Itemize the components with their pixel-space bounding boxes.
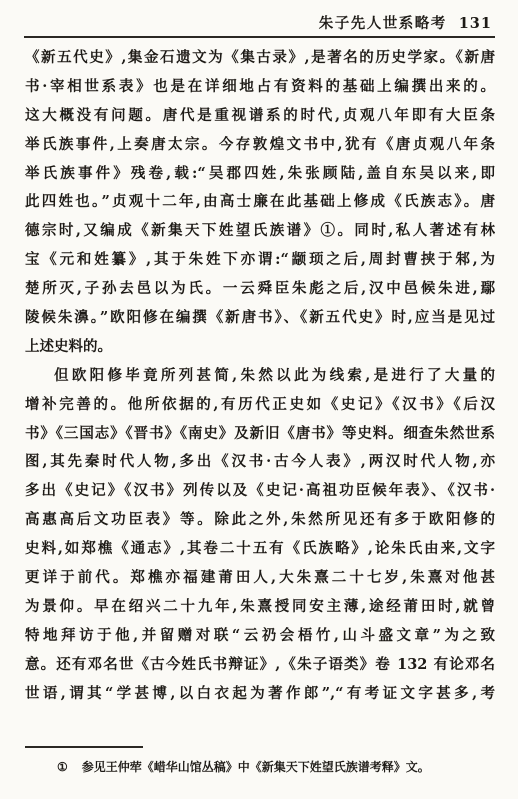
- text-line: 高惠高后文功臣表》等。除此之外,朱然所见还有多于欧阳修的: [25, 506, 495, 535]
- text-line: 图,其先秦时代人物,多出《汉书·古今人表》,两汉时代人物,亦: [25, 448, 495, 477]
- text-line: 书·宰相世系表》也是在详细地占有资料的基础上编撰出来的。: [25, 73, 495, 102]
- text-line: 此四姓也。”贞观十二年,由高士廉在此基础上修成《氏族志》。唐: [25, 188, 495, 217]
- text-line: 书》《三国志》《晋书》《南史》及新旧《唐书》等史料。细查朱然世系: [25, 420, 495, 449]
- text-line: 更详于前代。郑樵亦福建莆田人,大朱熹二十七岁,朱熹对他甚: [25, 564, 495, 593]
- text-line: 德宗时,又编成《新集天下姓望氏族谱》①。同时,私人著述有林: [25, 217, 495, 246]
- text-line: 多出《史记》《汉书》列传以及《史记·高祖功臣候年表》、《汉书·: [25, 477, 495, 506]
- text-line: 但欧阳修毕竟所列甚简,朱然以此为线索,是进行了大量的: [25, 362, 495, 391]
- footnote-text: 参见王仲荦《㟙华山馆丛稿》中《新集天下姓望氏族谱考释》文。: [82, 760, 430, 774]
- footnote-rule: [25, 746, 143, 748]
- footnote: ①参见王仲荦《㟙华山馆丛稿》中《新集天下姓望氏族谱考释》文。: [57, 758, 490, 776]
- text-line: 陵候朱濞。”欧阳修在编撰《新唐书》、《新五代史》时,应当是见过: [25, 304, 495, 333]
- text-line: 意。还有邓名世《古今姓氏书辩证》,《朱子语类》卷 132 有论邓名: [25, 651, 495, 680]
- text-line: 为景仰。早在绍兴二十九年,朱熹授同安主薄,途经莆田时,就曾: [25, 593, 495, 622]
- book-page: 朱子先人世系略考131 《新五代史》,集金石遗文为《集古录》,是著名的历史学家。…: [0, 0, 518, 799]
- footnote-marker: ①: [57, 760, 68, 774]
- header-rule: [24, 36, 495, 38]
- text-line: 世语,谓其“学甚博,以白衣起为著作郎”,“有考证文字甚多,考: [25, 680, 495, 709]
- text-line: 举氏族事件》残卷,载:“吴郡四姓,朱张顾陆,盖自东吴以来,即: [25, 160, 495, 189]
- text-line: 上述史料的。: [25, 333, 495, 362]
- text-line: 增补完善的。他所依据的,有历代正史如《史记》《汉书》《后汉: [25, 391, 495, 420]
- text-line: 楚所灭,子孙去邑以为氏。一云舜臣朱彪之后,汉中邑候朱进,鄢: [25, 275, 495, 304]
- running-head-title: 朱子先人世系略考: [319, 15, 447, 32]
- text-line: 《新五代史》,集金石遗文为《集古录》,是著名的历史学家。《新唐: [25, 44, 495, 73]
- text-line: 史料,如郑樵《通志》,其卷二十五有《氏族略》,论朱氏由来,文字: [25, 535, 495, 564]
- page-number: 131: [459, 15, 492, 32]
- text-line: 宝《元和姓纂》,其于朱姓下亦谓:“颛顼之后,周封曹挟于邾,为: [25, 246, 495, 275]
- running-head: 朱子先人世系略考131: [25, 12, 492, 33]
- text-line: 特地拜访于他,并留赠对联“云礽会梧竹,山斗盛文章”为之致: [25, 622, 495, 651]
- text-line: 这大概没有问题。唐代是重视谱系的时代,贞观八年即有大臣条: [25, 102, 495, 131]
- text-line: 举氏族事件,上奏唐太宗。今存敦煌文书中,犹有《唐贞观八年条: [25, 131, 495, 160]
- body-text: 《新五代史》,集金石遗文为《集古录》,是著名的历史学家。《新唐书·宰相世系表》也…: [25, 44, 495, 708]
